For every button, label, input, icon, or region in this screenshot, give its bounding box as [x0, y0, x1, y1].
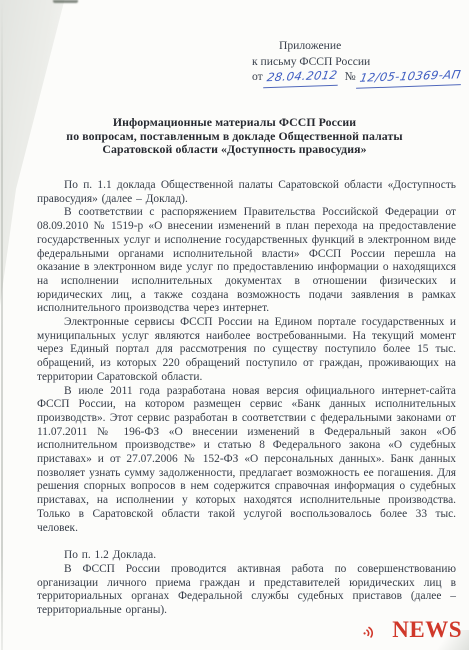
title-line-2: по вопросам, поставленным в докладе Обще…: [0, 130, 469, 144]
title-line-1: Информационные материалы ФССП России: [0, 116, 469, 130]
paragraph-reception-work: В ФССП России проводится активная работа…: [37, 563, 456, 618]
header-number-label: №: [345, 70, 356, 83]
scan-edge-smudge: [53, 0, 78, 3]
news-watermark: NEWS: [362, 618, 462, 641]
paragraph-egov-services: В соответствии с распоряжением Правитель…: [37, 206, 456, 316]
sound-waves-icon: [362, 623, 379, 639]
header-line-appendix: Приложение: [279, 38, 464, 54]
document-title: Информационные материалы ФССП России по …: [0, 116, 469, 157]
document-body: По п. 1.1 доклада Общественной палаты Са…: [37, 179, 456, 618]
scanned-document-page: Приложение к письму ФССП России от28.04.…: [0, 0, 469, 650]
paragraph-portal-statistics: Электронные сервисы ФССП России на Едино…: [37, 316, 456, 385]
handwritten-date: 28.04.2012: [263, 68, 340, 88]
scan-left-edge-line: [1, 0, 3, 650]
paragraph-databank: В июле 2011 года разработана новая верси…: [37, 385, 456, 536]
paragraph-1-1-intro: По п. 1.1 доклада Общественной палаты Са…: [37, 179, 456, 206]
header-line-letter: к письму ФССП России: [252, 54, 464, 70]
handwritten-number: 12/05-10369-АП: [356, 67, 464, 88]
document-header-block: Приложение к письму ФССП России от28.04.…: [252, 38, 464, 87]
header-line-date-number: от28.04.2012№12/05-10369-АП: [252, 69, 464, 87]
title-line-3: Саратовской области «Доступность правосу…: [0, 143, 469, 157]
paragraph-1-2-heading: По п. 1.2 Доклада.: [37, 549, 456, 563]
header-from-label: от: [252, 70, 263, 83]
news-label: NEWS: [392, 618, 462, 641]
